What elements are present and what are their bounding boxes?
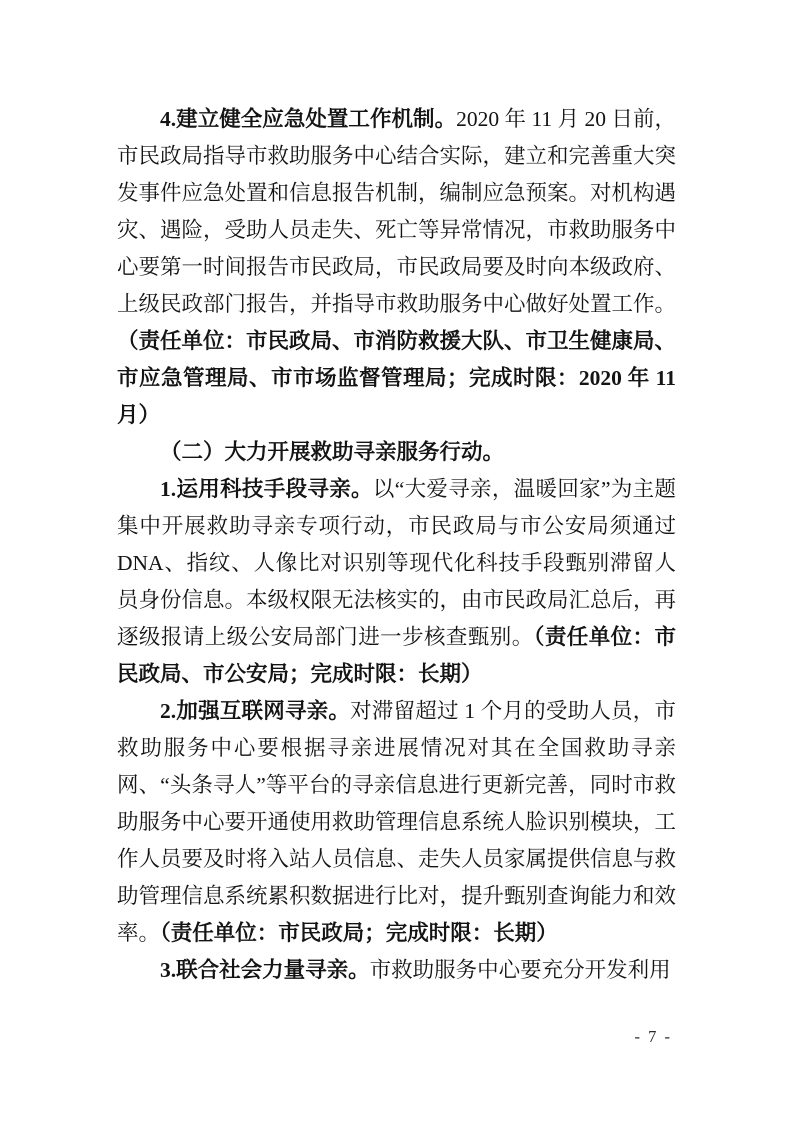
document-body: 4.建立健全应急处置工作机制。2020 年 11 月 20 日前，市民政局指导市…	[117, 101, 676, 989]
item4-body-text-run: 2020 年 11 月 20 日前，市民政局指导市救助服务中心结合实际，建立和完…	[117, 107, 676, 316]
item3-body-text-run: 市救助服务中心要充分开发利用	[370, 958, 671, 982]
document-page: 4.建立健全应急处置工作机制。2020 年 11 月 20 日前，市民政局指导市…	[0, 0, 793, 1122]
paragraph-item1-tech-search: 1.运用科技手段寻亲。以“大爱寻亲，温暖回家”为主题集中开展救助寻亲专项行动，市…	[117, 471, 676, 693]
paragraph-item3-social-search: 3.联合社会力量寻亲。市救助服务中心要充分开发利用	[117, 952, 676, 989]
page-number: - 7 -	[635, 1027, 673, 1047]
section2-heading-bold-run: （二）大力开展救助寻亲服务行动。	[160, 440, 504, 464]
item1-body-text-run: 以“大爱寻亲，温暖回家”为主题集中开展救助寻亲专项行动，市民政局与市公安局须通过…	[117, 477, 676, 649]
paragraph-item2-internet-search: 2.加强互联网寻亲。对滞留超过 1 个月的受助人员，市救助服务中心要根据寻亲进展…	[117, 693, 676, 952]
item4-responsible-unit-note: （责任单位：市民政局、市消防救援大队、市卫生健康局、市应急管理局、市市场监督管理…	[117, 329, 676, 427]
item2-responsible-unit-note: （责任单位：市民政局；完成时限：长期）	[160, 921, 558, 945]
item4-heading-bold-run: 4.建立健全应急处置工作机制。	[160, 107, 456, 131]
item2-body-text-run: 对滞留超过 1 个月的受助人员，市救助服务中心要根据寻亲进展情况对其在全国救助寻…	[117, 699, 676, 945]
item1-heading-bold-run: 1.运用科技手段寻亲。	[160, 477, 373, 501]
paragraph-item4-emergency-mechanism: 4.建立健全应急处置工作机制。2020 年 11 月 20 日前，市民政局指导市…	[117, 101, 676, 434]
item3-heading-bold-run: 3.联合社会力量寻亲。	[160, 958, 370, 982]
item2-heading-bold-run: 2.加强互联网寻亲。	[160, 699, 350, 723]
paragraph-section2-heading: （二）大力开展救助寻亲服务行动。	[117, 434, 676, 471]
